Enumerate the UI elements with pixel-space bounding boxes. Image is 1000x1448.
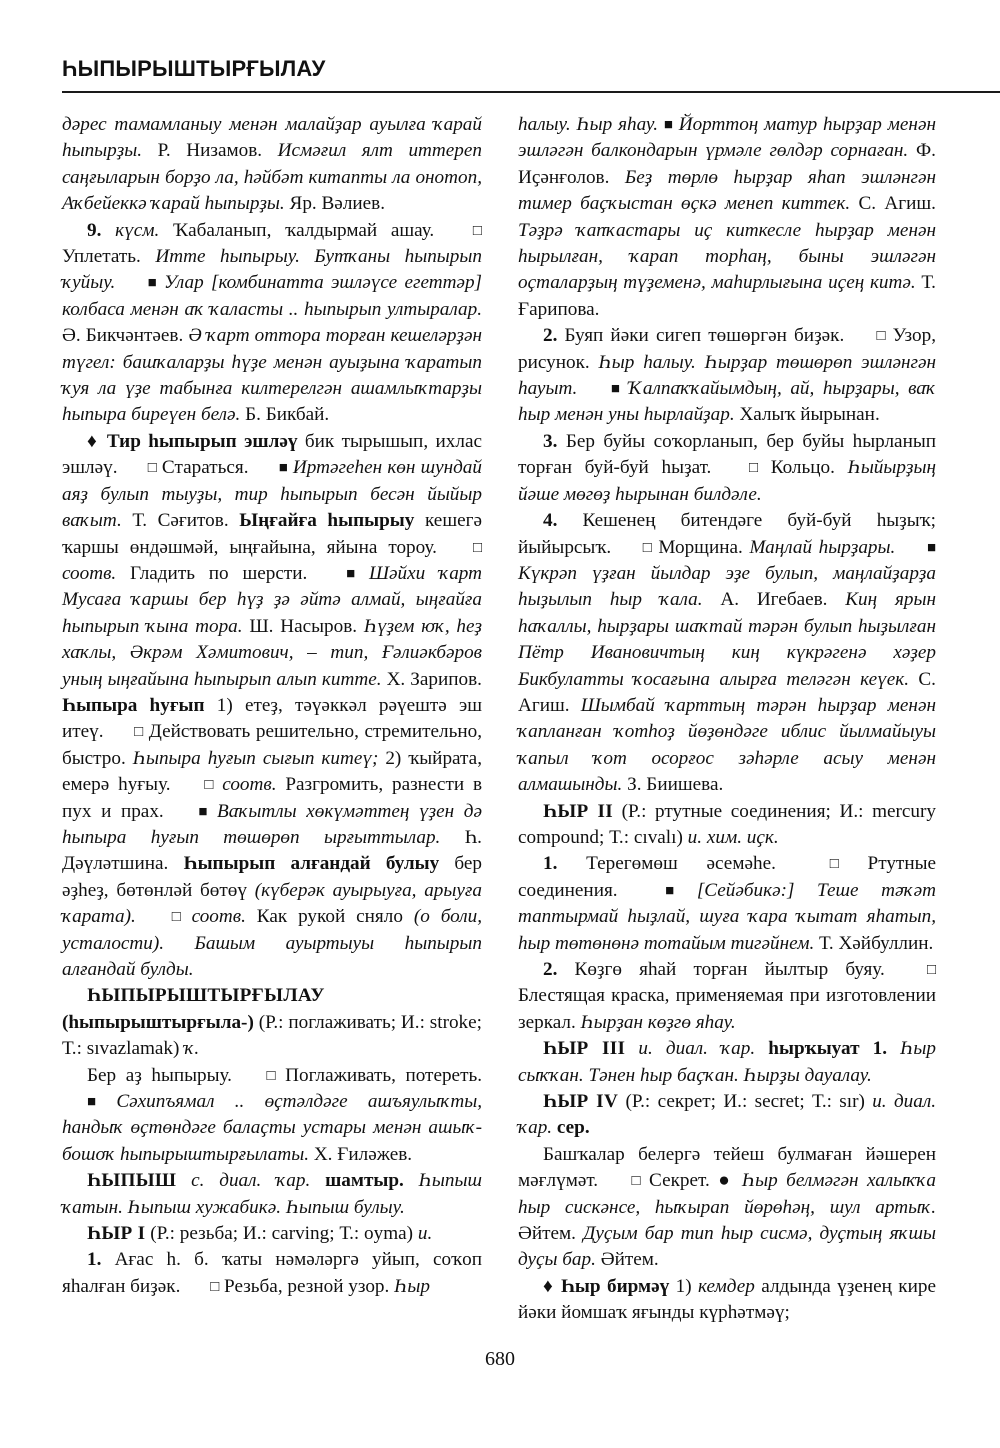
sense-3: 3. Бер буйы соҡорланып, бер буйы һырланы… bbox=[518, 429, 936, 508]
open-square-icon: □ bbox=[607, 1168, 641, 1194]
phraseology-block: ♦ Һыр бирмәү 1) кемдер алдында үҙенең ки… bbox=[518, 1274, 936, 1327]
filled-square-icon: ■ bbox=[664, 112, 673, 138]
entry-headword-hypyryshtyrgylau: ҺЫПЫРЫШТЫРҒЫЛАУ (һыпырыштырғыла-) (Р.: п… bbox=[62, 983, 482, 1062]
author: Б. Бикбай. bbox=[240, 404, 329, 425]
entry-headword-hyr-2: ҺЫР II (Р.: ртутные соединения; И.: merc… bbox=[518, 799, 936, 852]
author: Халыҡ йырынан. bbox=[735, 404, 880, 425]
author: Х. Зарипов. bbox=[382, 669, 482, 690]
example-text: һалыу. Һыр яһау. bbox=[518, 114, 658, 135]
phraseology-block: ♦ Тир һыпырып эшләү бик тырышып, ихлас э… bbox=[62, 429, 482, 984]
author: Р. Низамов. bbox=[142, 140, 278, 161]
cross-reference: сер. bbox=[552, 1117, 590, 1138]
sense-number: 1. bbox=[543, 853, 557, 874]
cross-reference: һырҡыуат 1. bbox=[755, 1038, 887, 1059]
definition: Терегөмөш әсемәһе. bbox=[557, 853, 804, 874]
russian-equivalent: Уплетать. bbox=[62, 246, 155, 267]
author: Ш. Насыров. bbox=[243, 616, 364, 637]
sense-1: 1. Терегөмөш әсемәһе. □ Ртутные соединен… bbox=[518, 851, 936, 957]
russian-equivalent: Стараться. bbox=[157, 457, 254, 478]
part-of-speech: и. bbox=[413, 1223, 432, 1244]
filled-square-icon: ■ bbox=[586, 376, 620, 402]
bullet-icon: ● bbox=[718, 1170, 733, 1191]
author: Әйтем. bbox=[596, 1249, 659, 1270]
headword: ҺЫР III bbox=[543, 1038, 625, 1059]
usage-label: и. диал. ҡар. bbox=[625, 1038, 755, 1059]
entry-headword-hyr-1: ҺЫР I (Р.: резьба; И.: carving; Т.: oyma… bbox=[62, 1221, 482, 1247]
sense: Бер аҙ һыпырыу. □ Поглаживать, потереть.… bbox=[62, 1063, 482, 1169]
phrase: Һыр бирмәү bbox=[561, 1276, 669, 1297]
author: Т. Сәғитов. bbox=[122, 510, 239, 531]
example-text: Маңлай һырҙары. bbox=[749, 537, 895, 558]
definition: Көҙгө яһай торған йылтыр буяу. bbox=[557, 959, 902, 980]
sense-4: 4. Кешенең битендәге буй-буй һыҙыҡ; йыйы… bbox=[518, 508, 936, 798]
sense-1: 1. Ағас һ. б. ҡаты нәмәләргә уйып, соҡоп… bbox=[62, 1247, 482, 1300]
author: Х. Ғиләжев. bbox=[309, 1144, 412, 1165]
author: З. Биишева. bbox=[622, 774, 723, 795]
open-square-icon: □ bbox=[724, 455, 758, 481]
phrase: Ыңғайға һыпырыу bbox=[239, 510, 414, 531]
filled-square-icon: ■ bbox=[254, 455, 288, 481]
open-square-icon: □ bbox=[618, 535, 652, 561]
example-text: Шымбай ҡарттың тәрән һырҙар менән ҡаплан… bbox=[518, 695, 936, 795]
open-square-icon: □ bbox=[123, 455, 157, 481]
author: Яр. Вәлиев. bbox=[285, 193, 385, 214]
sense-2: 2. Буяп йәки сигеп төшөргән биҙәк. □ Узо… bbox=[518, 323, 936, 429]
open-square-icon: □ bbox=[147, 904, 181, 930]
example-text: Тәҙрә ҡапҡастары иҫ киткесле һырҙар менә… bbox=[518, 220, 936, 294]
cross-reference: шамтыр. bbox=[310, 1170, 404, 1191]
usage-label: соотв. bbox=[213, 774, 276, 795]
translations: (Р.: резьба; И.: carving; Т.: oyma) bbox=[145, 1223, 413, 1244]
sense-number: 9. bbox=[87, 220, 101, 241]
usage-label: күсм. bbox=[101, 220, 159, 241]
part-of-speech: и. bbox=[865, 1091, 887, 1112]
usage-label: соотв. bbox=[181, 906, 246, 927]
definition: Буяп йәки сигеп төшөргән биҙәк. bbox=[557, 325, 851, 346]
part-of-speech: ҡ. bbox=[179, 1038, 199, 1059]
sense-number: 3. bbox=[543, 431, 557, 452]
filled-square-icon: ■ bbox=[123, 270, 157, 296]
filled-square-icon: ■ bbox=[902, 535, 936, 561]
translations: (Р.: секрет; И.: secret; Т.: sır) bbox=[618, 1091, 865, 1112]
usage-label: соотв. bbox=[62, 563, 116, 584]
left-column: дәрес тамамланыу менән малайҙар ауылға ҡ… bbox=[62, 112, 482, 1300]
diamond-icon: ♦ bbox=[543, 1276, 554, 1297]
phrase: Тир һыпырып эшләү bbox=[107, 431, 298, 452]
diamond-icon: ♦ bbox=[87, 431, 99, 452]
example-text: Сәхипъямал .. өҫтәлдәге ашъяулыҡты, һанд… bbox=[62, 1091, 482, 1165]
sense-number: 1) bbox=[669, 1276, 691, 1297]
open-square-icon: □ bbox=[109, 719, 143, 745]
open-square-icon: □ bbox=[805, 851, 839, 877]
stem: (һыпырыштырғыла-) bbox=[62, 1012, 254, 1033]
russian-equivalent: Секрет. bbox=[641, 1170, 719, 1191]
russian-equivalent: Гладить по шерсти. bbox=[116, 563, 321, 584]
sense-9: 9. күсм. Ҡабаланып, ҡалдырмай ашау. □ Уп… bbox=[62, 218, 482, 429]
author: Ә. Бикчәнтәев. bbox=[62, 325, 188, 346]
header-rule bbox=[62, 91, 1000, 93]
definition: Ҡабаланып, ҡалдырмай ашау. bbox=[159, 220, 448, 241]
author: Әйтем. bbox=[518, 1223, 583, 1244]
filled-square-icon: ■ bbox=[321, 561, 355, 587]
part-of-speech: и. хим. иҫк. bbox=[683, 827, 779, 848]
running-head: ҺЫПЫРЫШТЫРҒЫЛАУ bbox=[62, 56, 326, 82]
headword: ҺЫР IV bbox=[543, 1091, 618, 1112]
usage-label: с. диал. ҡар. bbox=[176, 1170, 310, 1191]
example-text: Һыпыра һуғып сығып китеү; bbox=[133, 748, 379, 769]
open-square-icon: □ bbox=[448, 535, 482, 561]
open-square-icon: □ bbox=[448, 218, 482, 244]
entry-headword-hypysh: ҺЫПЫШ с. диал. ҡар. шамтыр. Һыпыш ҡатын.… bbox=[62, 1168, 482, 1221]
right-column: һалыу. Һыр яһау. ■ Йорттоң матур һырҙар … bbox=[518, 112, 936, 1327]
open-square-icon: □ bbox=[851, 323, 885, 349]
headword: ҺЫПЫШ bbox=[87, 1170, 176, 1191]
open-square-icon: □ bbox=[242, 1063, 276, 1089]
russian-equivalent: Поглаживать, потереть. bbox=[276, 1065, 482, 1086]
entry-continuation: һалыу. Һыр яһау. ■ Йорттоң матур һырҙар … bbox=[518, 112, 936, 323]
definition: Бер аҙ һыпырыу. bbox=[87, 1065, 242, 1086]
sense-number: 1. bbox=[87, 1249, 101, 1270]
phrase: Һыпырып алғандай булыу bbox=[183, 853, 439, 874]
filled-square-icon: ■ bbox=[173, 799, 207, 825]
example-text: Һыр bbox=[394, 1276, 430, 1297]
author: А. Игебаев. bbox=[703, 589, 846, 610]
sense: Башҡалар белергә тейеш булмаған йәшерен … bbox=[518, 1142, 936, 1274]
russian-equivalent: Резьба, резной узор. bbox=[219, 1276, 394, 1297]
filled-square-icon: ■ bbox=[640, 878, 674, 904]
author: Т. Хәйбуллин. bbox=[814, 933, 933, 954]
sense-number: 2. bbox=[543, 959, 557, 980]
open-square-icon: □ bbox=[179, 772, 213, 798]
entry-headword-hyr-4: ҺЫР IV (Р.: секрет; И.: secret; Т.: sır)… bbox=[518, 1089, 936, 1142]
open-square-icon: □ bbox=[185, 1274, 219, 1300]
sense-number: 2. bbox=[543, 325, 557, 346]
headword: ҺЫР I bbox=[87, 1223, 145, 1244]
russian-equivalent: Как рукой сняло bbox=[246, 906, 414, 927]
headword: ҺЫПЫРЫШТЫРҒЫЛАУ bbox=[87, 985, 325, 1006]
phrase: Һыпыра һуғып bbox=[62, 695, 205, 716]
entry-headword-hyr-3: ҺЫР III и. диал. ҡар. һырҡыуат 1. Һыр сы… bbox=[518, 1036, 936, 1089]
sense-number: 4. bbox=[543, 510, 557, 531]
author: С. Агиш. bbox=[850, 193, 936, 214]
headword: ҺЫР II bbox=[543, 801, 613, 822]
page-number: 680 bbox=[0, 1348, 1000, 1371]
entry-continuation: дәрес тамамланыу менән малайҙар ауылға ҡ… bbox=[62, 112, 482, 218]
russian-equivalent: Морщина. bbox=[652, 537, 750, 558]
open-square-icon: □ bbox=[902, 957, 936, 983]
usage-note: кемдер bbox=[692, 1276, 755, 1297]
example-text: Һырҙан көҙгө яһау. bbox=[581, 1012, 736, 1033]
filled-square-icon: ■ bbox=[62, 1089, 96, 1115]
russian-equivalent: Кольцо. bbox=[758, 457, 848, 478]
sense-2: 2. Көҙгө яһай торған йылтыр буяу. □ Блес… bbox=[518, 957, 936, 1036]
